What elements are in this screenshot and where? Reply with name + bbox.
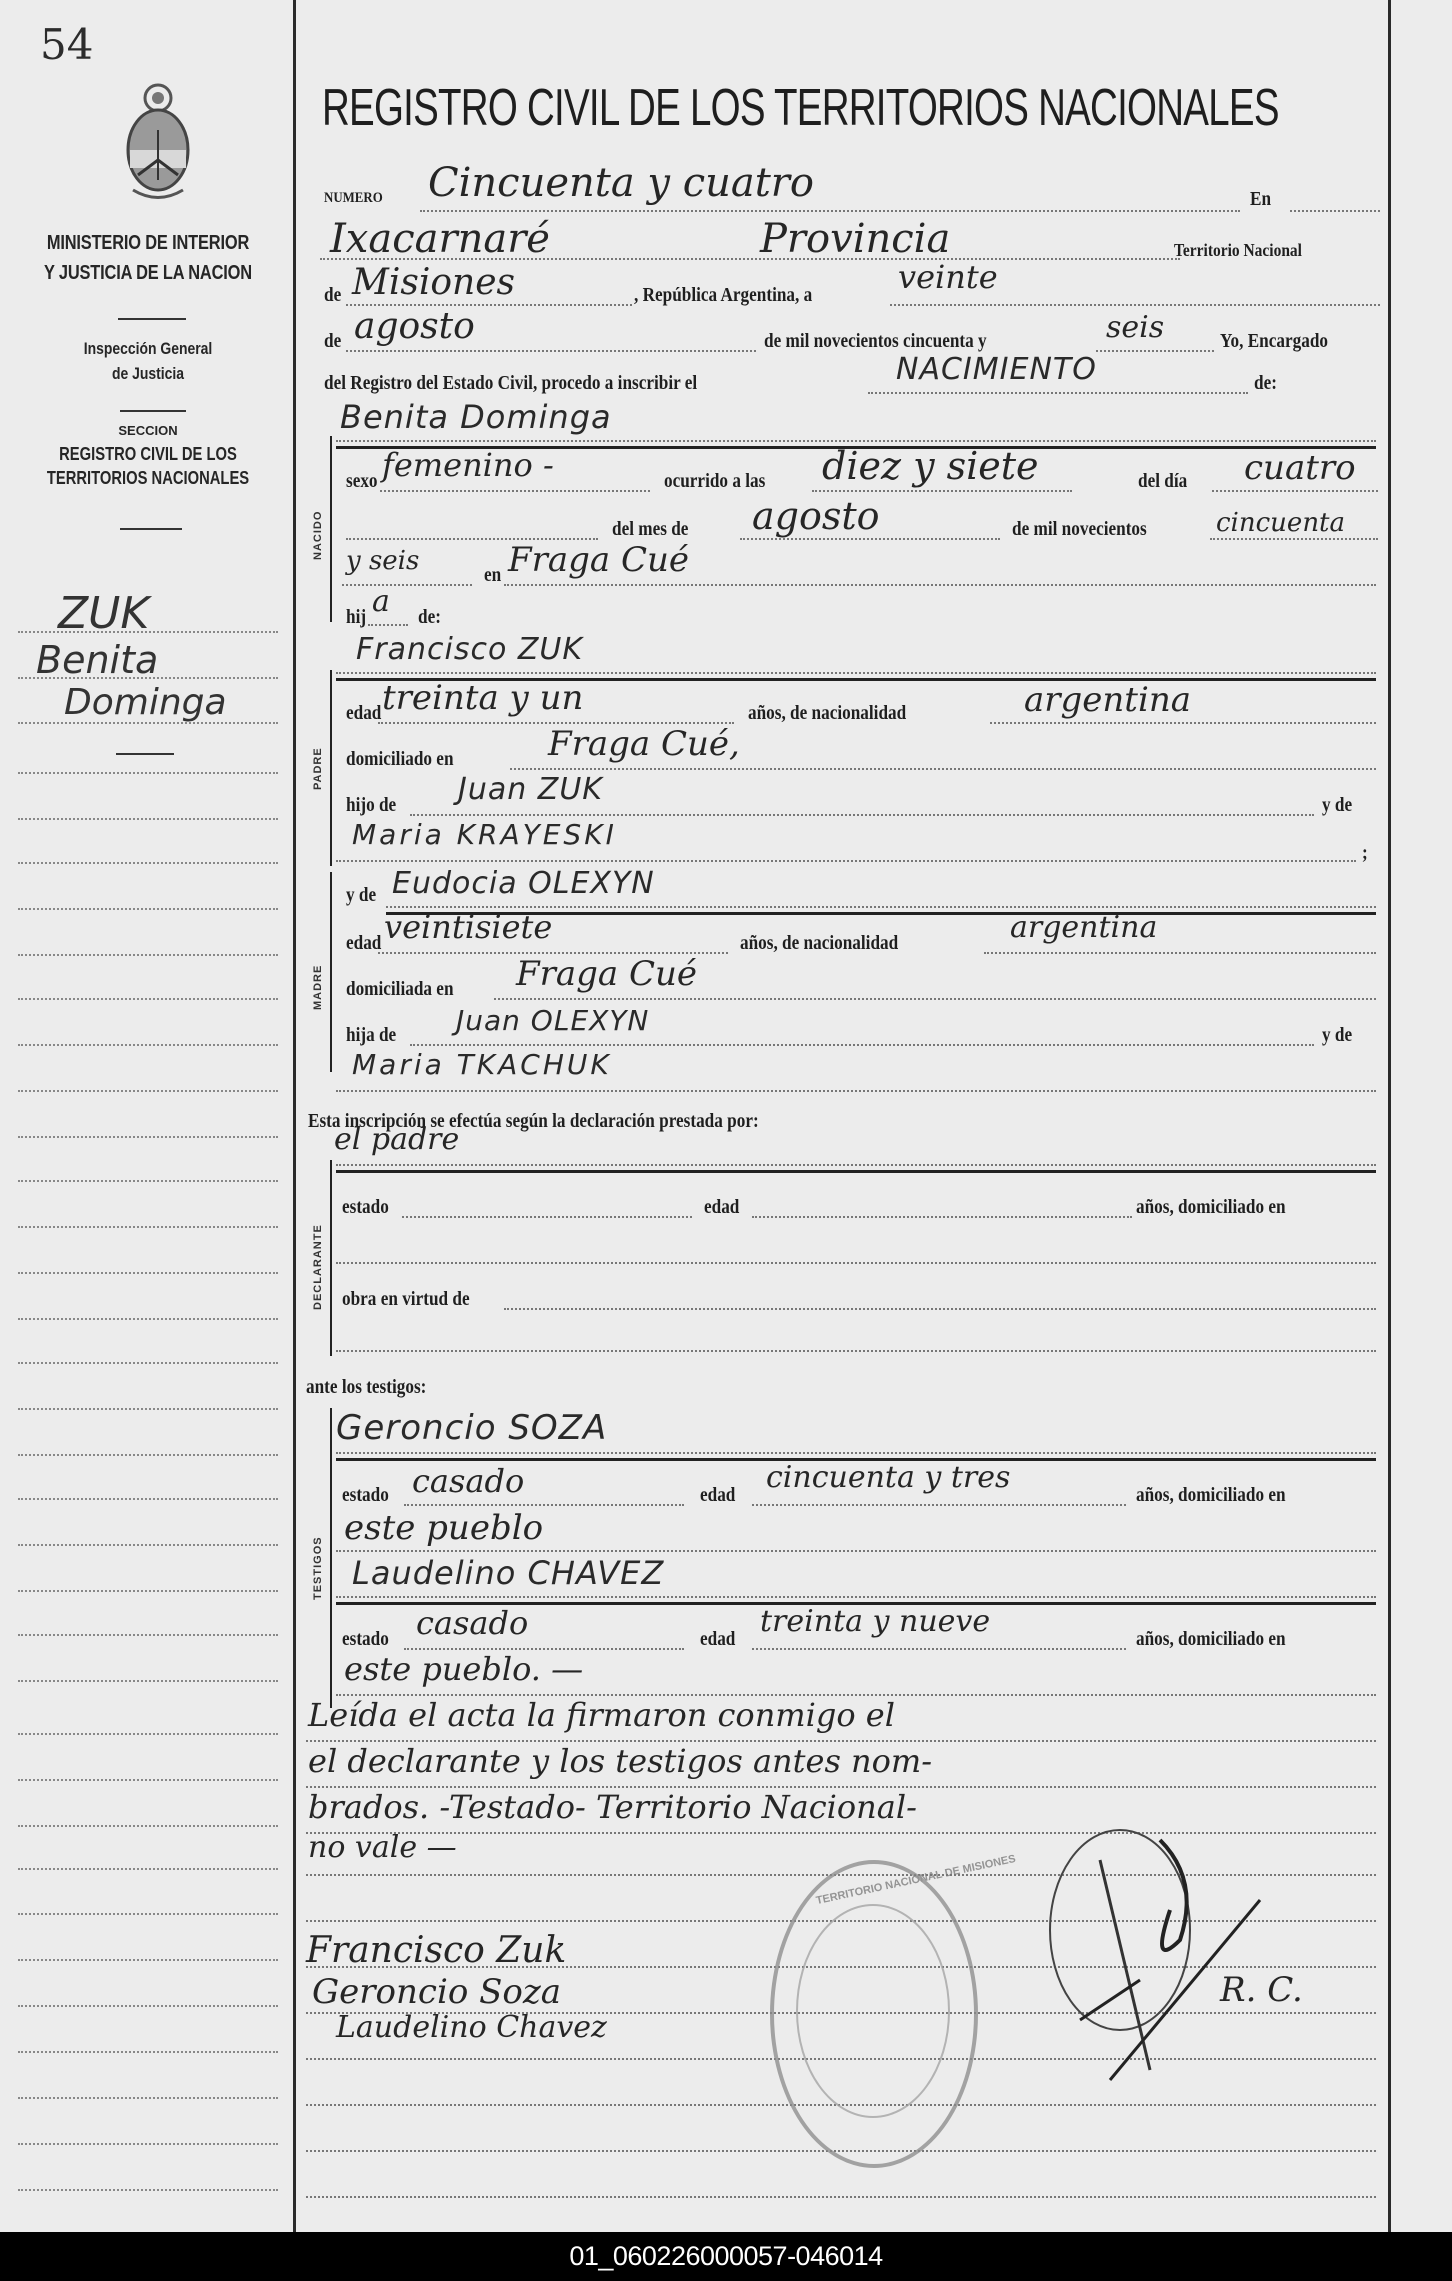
en-label: en: [484, 564, 501, 587]
territory-value: Misiones: [352, 262, 515, 303]
numero-label: NUMERO: [324, 190, 383, 207]
name-underline: [336, 1170, 1376, 1173]
father-name-value: Francisco ZUK: [356, 632, 583, 667]
image-id-footer: 01_060226000057-046014: [0, 2232, 1452, 2281]
lugar-value: Fraga Cué: [508, 540, 689, 580]
anio-label: de mil novecientos: [1012, 518, 1147, 541]
father-age-value: treinta y un: [382, 678, 583, 718]
field-line: [890, 304, 1380, 306]
mes-label: del mes de: [612, 518, 688, 541]
margin-line: [18, 1913, 278, 1915]
margin-line: [18, 818, 278, 820]
field-line: [336, 1350, 1376, 1352]
field-line: [336, 440, 1376, 442]
field-line: [752, 1504, 1126, 1506]
margin-line: [18, 1498, 278, 1500]
section-line-2: TERRITORIOS NACIONALES: [33, 466, 263, 490]
section-label-nacido: NACIDO: [312, 511, 324, 560]
field-line: [404, 1504, 684, 1506]
section-line-1: REGISTRO CIVIL DE LOS: [33, 442, 263, 466]
edad-label: edad: [700, 1484, 735, 1507]
margin-line: [18, 631, 278, 633]
paternal-grandmother-value: Maria KRAYESKI: [352, 818, 617, 851]
margin-line: [18, 1733, 278, 1735]
seal-inner-ring: [796, 1904, 950, 2118]
field-line: [494, 998, 1376, 1000]
month-value: agosto: [354, 306, 475, 347]
act-type-value: NACIMIENTO: [896, 352, 1097, 387]
field-line: [336, 1164, 1376, 1166]
year-text-label: de mil novecientos cincuenta y: [764, 330, 987, 353]
margin-line: [18, 1825, 278, 1827]
margin-line: [18, 1136, 278, 1138]
margin-line: [18, 1590, 278, 1592]
right-border: [1388, 0, 1391, 2232]
margin-line: [18, 1868, 278, 1870]
witness-1-domicilio: este pueblo: [344, 1508, 543, 1548]
field-line: [1210, 538, 1378, 540]
margin-line: [18, 722, 278, 724]
paternal-grandfather-value: Juan ZUK: [458, 772, 603, 807]
maternal-grandfather-value: Juan OLEXYN: [456, 1004, 649, 1037]
ministry-line-1: MINISTERIO DE INTERIOR: [33, 228, 263, 258]
section-label-testigos: TESTIGOS: [312, 1536, 324, 1600]
margin-given-name-1: Benita: [36, 638, 158, 682]
field-line: [504, 584, 1376, 586]
margin-line: [18, 1090, 278, 1092]
ministry-heading: MINISTERIO DE INTERIOR Y JUSTICIA DE LA …: [33, 228, 263, 288]
y-de-label: y de: [1322, 1024, 1352, 1047]
section-heading: REGISTRO CIVIL DE LOS TERRITORIOS NACION…: [33, 442, 263, 490]
closing-line-2: el declarante y los testigos antes nom-: [308, 1742, 932, 1780]
de-label: de: [324, 284, 341, 307]
margin-line: [18, 1362, 278, 1364]
margin-line: [18, 954, 278, 956]
margin-line: [18, 1959, 278, 1961]
witness-2-estado: casado: [416, 1604, 528, 1642]
signature-father: Francisco Zuk: [306, 1930, 566, 1971]
domicilio-label: años, domiciliado en: [1136, 1196, 1286, 1219]
mes-value: agosto: [752, 494, 880, 538]
de-colon-label: de:: [1254, 372, 1277, 395]
field-line: [380, 490, 650, 492]
section-label-padre: PADRE: [312, 747, 324, 790]
margin-line: [18, 2097, 278, 2099]
section-label: SECCION: [8, 422, 288, 440]
hora-value: diez y siete: [822, 444, 1039, 488]
field-line: [306, 2196, 1376, 2198]
field-line: [336, 860, 1356, 862]
witness-1-estado: casado: [412, 1462, 524, 1500]
margin-line: [18, 908, 278, 910]
anio-value-2: y seis: [346, 546, 419, 576]
signature-witness-1: Geroncio Soza: [312, 1972, 561, 2012]
signature-witness-2: Laudelino Chavez: [336, 2010, 607, 2045]
margin-line: [18, 2189, 278, 2191]
edad-label: edad: [700, 1628, 735, 1651]
section-label-declarante: DECLARANTE: [312, 1224, 324, 1310]
mother-nationality-value: argentina: [1010, 910, 1157, 945]
field-line: [336, 1596, 1376, 1598]
margin-line: [18, 2005, 278, 2007]
anio-value-1: cincuenta: [1216, 508, 1345, 538]
field-line: [812, 490, 1072, 492]
y-de-label: y de: [1322, 794, 1352, 817]
margin-line: [18, 1226, 278, 1228]
witness-1-edad: cincuenta y tres: [766, 1460, 1010, 1495]
margin-line: [18, 1408, 278, 1410]
margin-line: [18, 1272, 278, 1274]
edad-label: edad: [346, 932, 381, 955]
ministry-line-2: Y JUSTICIA DE LA NACION: [33, 258, 263, 288]
field-line: [984, 952, 1376, 954]
margin-line: [18, 2051, 278, 2053]
margin-line: [18, 1044, 278, 1046]
margin-line: [18, 862, 278, 864]
inspection-heading: Inspección General de Justicia: [33, 336, 263, 386]
sexo-label: sexo: [346, 470, 378, 493]
divider: [120, 528, 182, 530]
province-value: Provincia: [760, 216, 950, 262]
hora-label: ocurrido a las: [664, 470, 765, 493]
semicolon: ;: [1362, 842, 1368, 865]
domicilio-field[interactable]: [336, 1262, 1376, 1264]
dia-label: del día: [1138, 470, 1187, 493]
section-bracket: [330, 436, 332, 622]
father-address-value: Fraga Cué,: [548, 724, 740, 764]
mother-address-value: Fraga Cué: [516, 954, 697, 994]
section-bracket: [330, 1408, 332, 1708]
registro-label: del Registro del Estado Civil, procedo a…: [324, 372, 697, 395]
edad-field[interactable]: [752, 1216, 1132, 1218]
margin-line: [18, 1318, 278, 1320]
sexo-value: femenino -: [382, 446, 554, 484]
testigos-intro-label: ante los testigos:: [306, 1376, 426, 1399]
margin-line: [18, 998, 278, 1000]
hijo-de-label: hijo de: [346, 794, 396, 817]
hija-de-label: hija de: [346, 1024, 396, 1047]
field-line: [740, 538, 1000, 540]
coat-of-arms-icon: [118, 80, 198, 205]
margin-line: [18, 1454, 278, 1456]
en-label: En: [1250, 188, 1271, 211]
field-line: [1290, 210, 1380, 212]
page-number: 54: [40, 20, 93, 69]
domicilio-label: domiciliado en: [346, 748, 454, 771]
field-line: [1096, 350, 1214, 352]
de-label: de:: [418, 606, 441, 629]
declarant-value: el padre: [334, 1122, 459, 1157]
field-line: [342, 584, 472, 586]
margin-line: [18, 1544, 278, 1546]
margin-line: [18, 1180, 278, 1182]
father-nationality-value: argentina: [1024, 680, 1191, 720]
margin-given-name-2: Dominga: [64, 682, 227, 723]
document-page: 54 MINISTERIO DE INTERIOR Y JUSTICIA DE …: [0, 0, 1452, 2232]
edad-label: edad: [346, 702, 381, 725]
encargado-label: Yo, Encargado: [1220, 330, 1328, 353]
official-seal-stamp: TERRITORIO NACIONAL DE MISIONES: [770, 1860, 978, 2168]
field-line: [368, 624, 408, 626]
field-line: [420, 210, 1240, 212]
margin-line: [18, 2143, 278, 2145]
witness-2-domicilio: este pueblo. —: [344, 1650, 583, 1688]
hij-value: a: [372, 584, 390, 619]
republica-label: , República Argentina, a: [634, 284, 812, 307]
obra-field[interactable]: [504, 1308, 1376, 1310]
section-bracket: [330, 670, 332, 866]
mother-name-value: Eudocia OLEXYN: [392, 866, 655, 901]
official-initials: R. C.: [1220, 1970, 1303, 2010]
domicilio-label: años, domiciliado en: [1136, 1484, 1286, 1507]
margin-line: [18, 1680, 278, 1682]
field-line: [990, 722, 1376, 724]
field-line: [320, 258, 1180, 260]
estado-label: estado: [342, 1628, 389, 1651]
field-line: [510, 768, 1376, 770]
section-label-madre: MADRE: [312, 965, 324, 1010]
field-line: [336, 1090, 1376, 1092]
maternal-grandmother-value: Maria TKACHUK: [352, 1048, 612, 1081]
day-value: veinte: [898, 258, 998, 296]
divider: [120, 410, 186, 412]
year-value: seis: [1106, 310, 1164, 345]
edad-label: edad: [704, 1196, 739, 1219]
section-bracket: [330, 872, 332, 1072]
domicilio-label: domiciliada en: [346, 978, 454, 1001]
nacionalidad-label: años, de nacionalidad: [748, 702, 906, 725]
inspection-line-2: de Justicia: [33, 361, 263, 386]
margin-line: [18, 1779, 278, 1781]
field-line: [752, 1648, 1126, 1650]
seal-text: TERRITORIO NACIONAL DE MISIONES: [815, 1853, 1017, 1907]
field-line: [336, 1452, 1376, 1454]
child-name-value: Benita Dominga: [340, 398, 612, 436]
margin-line: [18, 677, 278, 679]
margin-divider: [293, 0, 296, 2232]
divider: [118, 318, 186, 320]
field-line: [410, 814, 1314, 816]
estado-field[interactable]: [402, 1216, 692, 1218]
margin-line: [18, 1634, 278, 1636]
inspection-line-1: Inspección General: [33, 336, 263, 361]
closing-line-1: Leída el acta la firmaron conmigo el: [308, 1696, 895, 1734]
mother-age-value: veintisiete: [384, 908, 552, 946]
hij-label: hij: [346, 606, 366, 629]
place-value: Ixacarnaré: [330, 216, 550, 262]
estado-label: estado: [342, 1196, 389, 1219]
section-bracket: [330, 1160, 332, 1356]
form-title: REGISTRO CIVIL DE LOS TERRITORIOS NACION…: [322, 78, 1106, 138]
domicilio-label: años, domiciliado en: [1136, 1628, 1286, 1651]
field-line: [868, 392, 1248, 394]
field-line: [336, 1550, 1376, 1552]
de-label: de: [324, 330, 341, 353]
y-de-label: y de: [346, 884, 376, 907]
field-line: [336, 672, 1376, 674]
witness-1-name: Geroncio SOZA: [336, 1408, 607, 1448]
field-line: [346, 350, 756, 352]
territorio-label: Territorio Nacional: [1174, 240, 1302, 261]
divider: [116, 753, 174, 755]
obra-label: obra en virtud de: [342, 1288, 470, 1311]
margin-line: [18, 772, 278, 774]
closing-line-3: brados. -Testado- Territorio Nacional-: [308, 1788, 917, 1826]
nacionalidad-label: años, de nacionalidad: [740, 932, 898, 955]
witness-2-edad: treinta y nueve: [760, 1604, 990, 1639]
field-line: [1212, 490, 1378, 492]
field-line: [410, 1044, 1314, 1046]
numero-value: Cincuenta y cuatro: [428, 160, 814, 206]
estado-label: estado: [342, 1484, 389, 1507]
closing-line-4: no vale —: [308, 1830, 457, 1865]
dia-value: cuatro: [1244, 448, 1356, 488]
witness-2-name: Laudelino CHAVEZ: [352, 1554, 664, 1592]
